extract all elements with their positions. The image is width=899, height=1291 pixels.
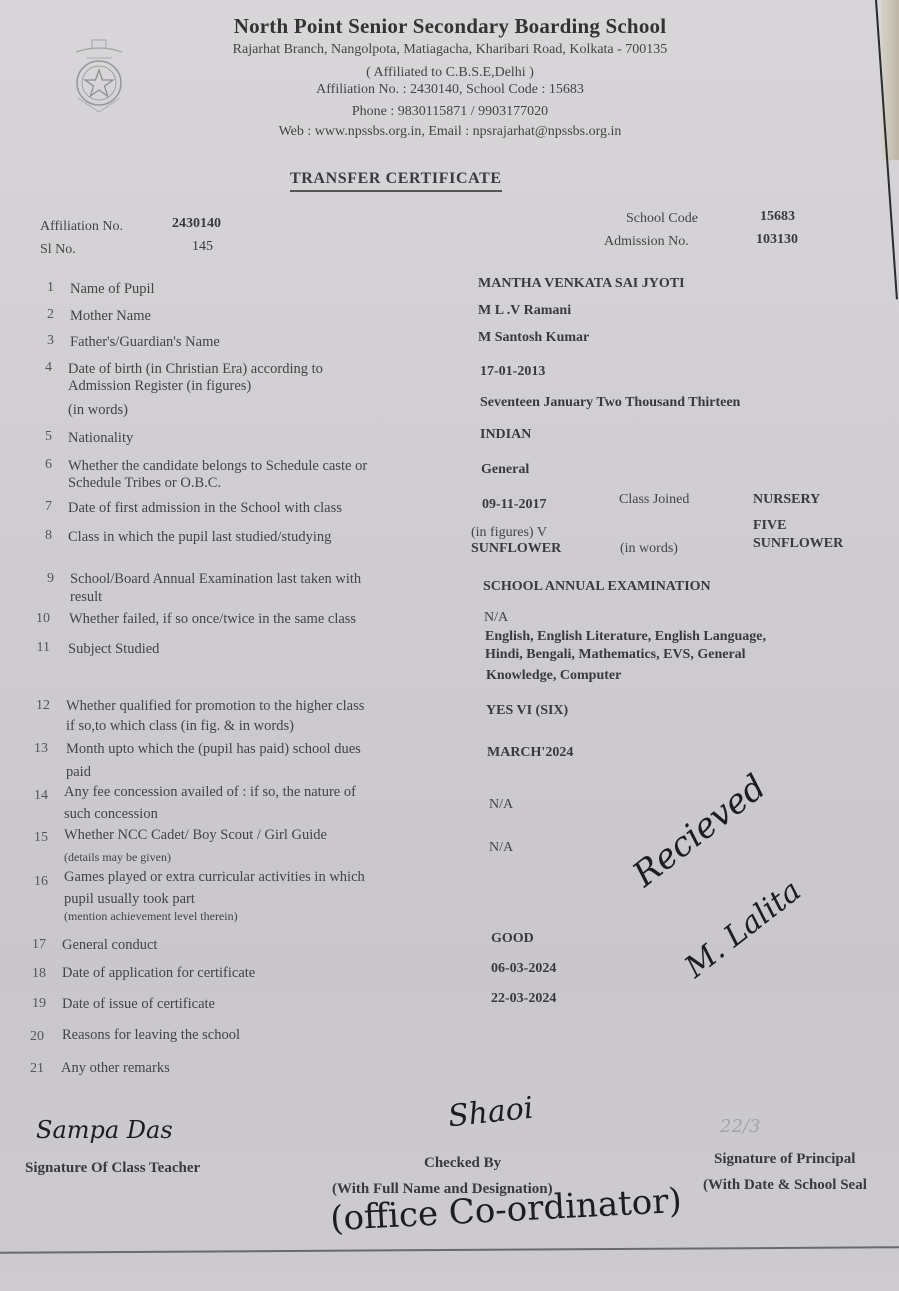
item-label-last-exam-line2: result bbox=[70, 588, 102, 606]
checked-by-sub-label: (With Full Name and Designation) bbox=[332, 1181, 553, 1198]
item-label-mother-name: Mother Name bbox=[70, 307, 151, 325]
item-number: 14 bbox=[26, 788, 48, 804]
item-number: 9 bbox=[32, 571, 54, 587]
admission-label: Admission No. bbox=[604, 234, 689, 250]
item-number: 11 bbox=[28, 640, 50, 656]
item-label-dob-words: (in words) bbox=[68, 401, 128, 419]
item-label-dues-paid: Month upto which the (pupil has paid) sc… bbox=[66, 740, 361, 758]
received-handwriting: Recieved bbox=[625, 767, 773, 895]
subjects-value-line2: Hindi, Bengali, Mathematics, EVS, Genera… bbox=[485, 647, 746, 663]
item-number: 17 bbox=[24, 937, 46, 953]
class-joined-label: Class Joined bbox=[619, 492, 689, 508]
dob-figures-value: 17-01-2013 bbox=[480, 364, 545, 380]
item-number: 8 bbox=[30, 528, 52, 544]
failed-value: N/A bbox=[484, 610, 508, 626]
item-label-dob-line2: Admission Register (in figures) bbox=[68, 377, 251, 395]
mother-name-value: M L .V Ramani bbox=[478, 303, 571, 319]
document-title: TRANSFER CERTIFICATE bbox=[290, 170, 502, 192]
school-crest-star-icon bbox=[70, 38, 128, 114]
web-email-line: Web : www.npssbs.org.in, Email : npsraja… bbox=[160, 124, 740, 140]
school-name: North Point Senior Secondary Boarding Sc… bbox=[180, 14, 720, 39]
item-label-ncc: Whether NCC Cadet/ Boy Scout / Girl Guid… bbox=[64, 826, 327, 844]
item-label-caste: Whether the candidate belongs to Schedul… bbox=[68, 457, 367, 475]
item-number: 13 bbox=[26, 741, 48, 757]
item-label-promotion: Whether qualified for promotion to the h… bbox=[66, 697, 364, 715]
affiliation-line: Affiliation No. : 2430140, School Code :… bbox=[160, 82, 740, 98]
class-teacher-signature-label: Signature Of Class Teacher bbox=[25, 1160, 200, 1177]
item-number: 1 bbox=[32, 280, 54, 296]
item-label-fee-concession: Any fee concession availed of : if so, t… bbox=[64, 783, 356, 801]
phone-line: Phone : 9830115871 / 9903177020 bbox=[160, 104, 740, 120]
affiliated-to: ( Affiliated to C.B.S.E,Delhi ) bbox=[160, 65, 740, 81]
item-number: 15 bbox=[26, 830, 48, 846]
item-label-dues-paid-line2: paid bbox=[66, 763, 91, 781]
item-number: 3 bbox=[32, 333, 54, 349]
sl-label: Sl No. bbox=[40, 242, 76, 258]
principal-seal-label: (With Date & School Seal bbox=[703, 1177, 867, 1194]
item-number: 16 bbox=[26, 874, 48, 890]
last-class-words-value: FIVE bbox=[753, 518, 786, 534]
conduct-value: GOOD bbox=[491, 931, 534, 947]
principal-signature-label: Signature of Principal bbox=[714, 1151, 855, 1168]
item-label-fee-concession-line2: such concession bbox=[64, 805, 158, 823]
issue-date-value: 22-03-2024 bbox=[491, 991, 556, 1007]
item-label-last-class: Class in which the pupil last studied/st… bbox=[68, 528, 331, 546]
item-label-first-admission: Date of first admission in the School wi… bbox=[68, 499, 342, 517]
item-label-issue-date: Date of issue of certificate bbox=[62, 995, 215, 1013]
last-class-words-value-2: SUNFLOWER bbox=[753, 536, 843, 552]
item-label-last-exam: School/Board Annual Examination last tak… bbox=[70, 570, 361, 588]
pupil-name-value: MANTHA VENKATA SAI JYOTI bbox=[478, 276, 685, 292]
item-number: 18 bbox=[24, 966, 46, 982]
item-label-nationality: Nationality bbox=[68, 429, 133, 447]
admission-value: 103130 bbox=[756, 232, 798, 248]
class-joined-value: NURSERY bbox=[753, 492, 820, 508]
item-label-ncc-line2: (details may be given) bbox=[64, 848, 171, 866]
fee-concession-value: N/A bbox=[489, 797, 513, 813]
subjects-value-line1: English, English Literature, English Lan… bbox=[485, 629, 766, 645]
item-number: 21 bbox=[22, 1061, 44, 1077]
last-class-figures-value: SUNFLOWER bbox=[471, 541, 561, 557]
item-label-promotion-line2: if so,to which class (in fig. & in words… bbox=[66, 717, 294, 735]
school-code-label: School Code bbox=[626, 211, 698, 227]
item-number: 6 bbox=[30, 457, 52, 473]
checked-by-label: Checked By bbox=[424, 1155, 501, 1172]
item-number: 4 bbox=[30, 360, 52, 376]
item-number: 10 bbox=[28, 611, 50, 627]
application-date-value: 06-03-2024 bbox=[491, 961, 556, 977]
item-label-caste-line2: Schedule Tribes or O.B.C. bbox=[68, 474, 221, 492]
item-label-conduct: General conduct bbox=[62, 936, 157, 954]
last-class-words-label: (in words) bbox=[620, 541, 678, 557]
item-label-subjects: Subject Studied bbox=[68, 640, 159, 658]
item-label-other-remarks: Any other remarks bbox=[61, 1059, 170, 1077]
item-number: 19 bbox=[24, 996, 46, 1012]
dues-paid-value: MARCH'2024 bbox=[487, 745, 573, 761]
school-address: Rajarhat Branch, Nangolpota, Matiagacha,… bbox=[160, 42, 740, 58]
teacher-signature: Sampa Das bbox=[36, 1116, 173, 1144]
last-class-figures-label: (in figures) V bbox=[471, 525, 547, 541]
item-number: 12 bbox=[28, 698, 50, 714]
bottom-rule bbox=[0, 1246, 899, 1253]
nationality-value: INDIAN bbox=[480, 427, 531, 443]
item-number: 2 bbox=[32, 307, 54, 323]
item-label-leaving-reason: Reasons for leaving the school bbox=[62, 1026, 240, 1044]
item-label-games-line2: pupil usually took part bbox=[64, 890, 195, 908]
dob-words-value: Seventeen January Two Thousand Thirteen bbox=[480, 395, 740, 411]
item-label-father-name: Father's/Guardian's Name bbox=[70, 333, 220, 351]
item-label-games-line3: (mention achievement level therein) bbox=[64, 907, 238, 925]
item-label-name-of-pupil: Name of Pupil bbox=[70, 280, 155, 298]
checked-signature: Shaoi bbox=[446, 1091, 535, 1135]
ncc-value: N/A bbox=[489, 840, 513, 856]
father-name-value: M Santosh Kumar bbox=[478, 330, 589, 346]
item-number: 20 bbox=[22, 1029, 44, 1045]
first-admission-date-value: 09-11-2017 bbox=[482, 497, 547, 513]
item-label-application-date: Date of application for certificate bbox=[62, 964, 255, 982]
item-number: 5 bbox=[30, 429, 52, 445]
promotion-value: YES VI (SIX) bbox=[486, 703, 568, 719]
item-label-games: Games played or extra curricular activit… bbox=[64, 868, 365, 886]
received-by-handwriting: M. Lalita bbox=[678, 873, 807, 985]
affiliation-label: Affiliation No. bbox=[40, 219, 123, 235]
affiliation-value: 2430140 bbox=[172, 216, 221, 232]
subjects-value-line3: Knowledge, Computer bbox=[486, 668, 621, 684]
item-number: 7 bbox=[30, 499, 52, 515]
caste-value: General bbox=[481, 462, 529, 478]
item-label-dob: Date of birth (in Christian Era) accordi… bbox=[68, 360, 323, 378]
sl-value: 145 bbox=[192, 239, 213, 255]
principal-scribble: 22/3 bbox=[720, 1116, 760, 1137]
item-label-failed: Whether failed, if so once/twice in the … bbox=[69, 610, 356, 628]
school-code-value: 15683 bbox=[760, 209, 795, 225]
last-exam-value: SCHOOL ANNUAL EXAMINATION bbox=[483, 579, 711, 595]
